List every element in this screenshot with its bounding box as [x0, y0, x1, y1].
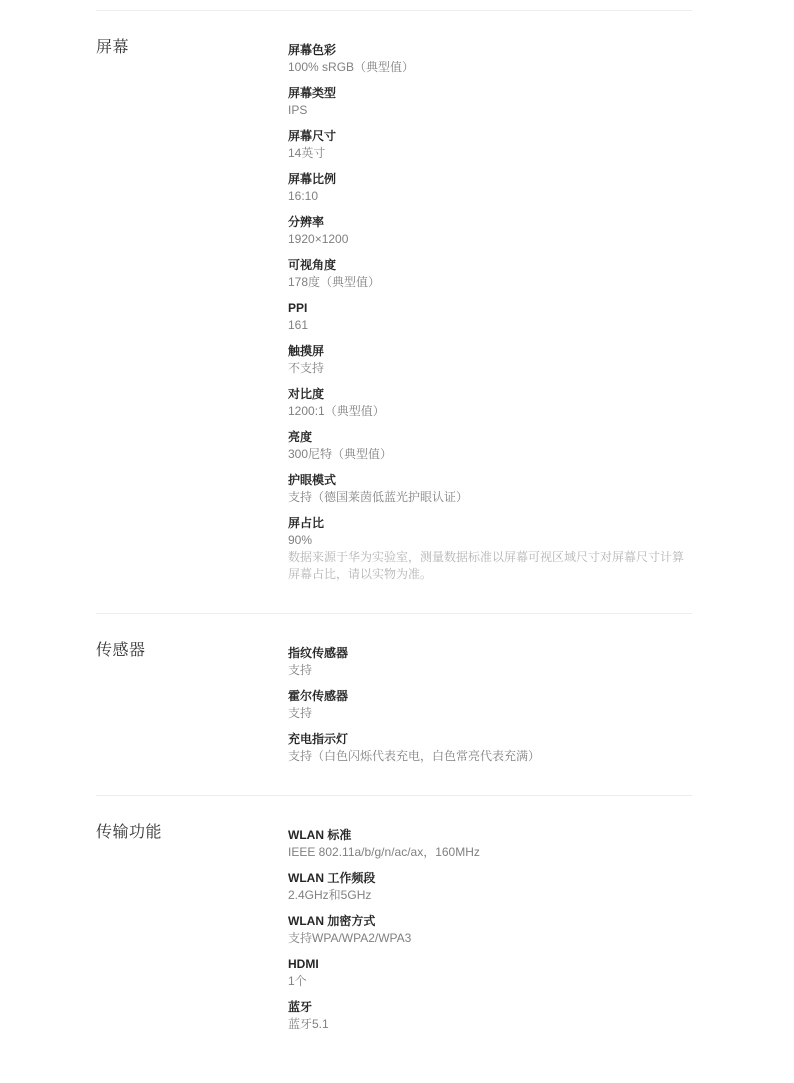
spec-item: 指纹传感器 支持 [288, 645, 692, 679]
spec-value: 178度（典型值） [288, 274, 692, 291]
spec-value: IEEE 802.11a/b/g/n/ac/ax，160MHz [288, 844, 692, 861]
spec-item: 对比度 1200:1（典型值） [288, 386, 692, 420]
spec-value: 2.4GHz和5GHz [288, 887, 692, 904]
spec-value: 支持 [288, 662, 692, 679]
spec-value: 14英寸 [288, 145, 692, 162]
spec-item: WLAN 工作频段 2.4GHz和5GHz [288, 870, 692, 904]
spec-label: 充电指示灯 [288, 731, 692, 748]
spec-page: 屏幕 屏幕色彩 100% sRGB（典型值） 屏幕类型 IPS 屏幕尺寸 14英… [0, 0, 794, 1083]
spec-section: 传输功能 WLAN 标准 IEEE 802.11a/b/g/n/ac/ax，16… [96, 795, 692, 1063]
spec-item: 可视角度 178度（典型值） [288, 257, 692, 291]
spec-item: 屏占比 90% 数据来源于华为实验室，测量数据标准以屏幕可视区域尺寸对屏幕尺寸计… [288, 515, 692, 583]
spec-label: 分辨率 [288, 214, 692, 231]
section-items: 屏幕色彩 100% sRGB（典型值） 屏幕类型 IPS 屏幕尺寸 14英寸 屏… [288, 37, 692, 583]
spec-label: 屏占比 [288, 515, 692, 532]
spec-label: 屏幕类型 [288, 85, 692, 102]
spec-item: 霍尔传感器 支持 [288, 688, 692, 722]
spec-value: 161 [288, 317, 692, 334]
spec-section: 屏幕 屏幕色彩 100% sRGB（典型值） 屏幕类型 IPS 屏幕尺寸 14英… [96, 10, 692, 613]
spec-item: 屏幕比例 16:10 [288, 171, 692, 205]
spec-value: 16:10 [288, 188, 692, 205]
spec-note: 数据来源于华为实验室，测量数据标准以屏幕可视区域尺寸对屏幕尺寸计算屏幕占比，请以… [288, 549, 692, 583]
spec-label: 可视角度 [288, 257, 692, 274]
spec-label: 屏幕色彩 [288, 42, 692, 59]
spec-item: PPI 161 [288, 300, 692, 334]
spec-item: 屏幕色彩 100% sRGB（典型值） [288, 42, 692, 76]
spec-item: 屏幕尺寸 14英寸 [288, 128, 692, 162]
spec-value: 1个 [288, 973, 692, 990]
spec-value: 1920×1200 [288, 231, 692, 248]
spec-label: WLAN 标准 [288, 827, 692, 844]
spec-label: 亮度 [288, 429, 692, 446]
spec-label: 蓝牙 [288, 999, 692, 1016]
spec-value: 支持（德国莱茵低蓝光护眼认证） [288, 489, 692, 506]
spec-value: 支持（白色闪烁代表充电，白色常亮代表充满） [288, 748, 692, 765]
spec-label: 对比度 [288, 386, 692, 403]
spec-value: 100% sRGB（典型值） [288, 59, 692, 76]
section-title: 传感器 [96, 640, 288, 765]
spec-label: WLAN 工作频段 [288, 870, 692, 887]
spec-label: 指纹传感器 [288, 645, 692, 662]
spec-item: 护眼模式 支持（德国莱茵低蓝光护眼认证） [288, 472, 692, 506]
spec-item: HDMI 1个 [288, 956, 692, 990]
spec-label: 屏幕比例 [288, 171, 692, 188]
spec-label: 屏幕尺寸 [288, 128, 692, 145]
spec-label: PPI [288, 300, 692, 317]
spec-item: 充电指示灯 支持（白色闪烁代表充电，白色常亮代表充满） [288, 731, 692, 765]
spec-item: 触摸屏 不支持 [288, 343, 692, 377]
spec-sections-container: 屏幕 屏幕色彩 100% sRGB（典型值） 屏幕类型 IPS 屏幕尺寸 14英… [96, 10, 692, 1063]
spec-item: 分辨率 1920×1200 [288, 214, 692, 248]
section-title: 屏幕 [96, 37, 288, 583]
spec-value: IPS [288, 102, 692, 119]
spec-value: 90% [288, 532, 692, 549]
spec-label: 护眼模式 [288, 472, 692, 489]
spec-item: WLAN 加密方式 支持WPA/WPA2/WPA3 [288, 913, 692, 947]
spec-value: 蓝牙5.1 [288, 1016, 692, 1033]
spec-item: WLAN 标准 IEEE 802.11a/b/g/n/ac/ax，160MHz [288, 827, 692, 861]
spec-value: 支持WPA/WPA2/WPA3 [288, 930, 692, 947]
spec-label: WLAN 加密方式 [288, 913, 692, 930]
spec-value: 1200:1（典型值） [288, 403, 692, 420]
spec-item: 亮度 300尼特（典型值） [288, 429, 692, 463]
spec-section: 传感器 指纹传感器 支持 霍尔传感器 支持 充电指示灯 支持（白色闪烁代表充电，… [96, 613, 692, 795]
spec-value: 支持 [288, 705, 692, 722]
spec-label: HDMI [288, 956, 692, 973]
spec-label: 霍尔传感器 [288, 688, 692, 705]
section-items: WLAN 标准 IEEE 802.11a/b/g/n/ac/ax，160MHz … [288, 822, 692, 1033]
spec-value: 300尼特（典型值） [288, 446, 692, 463]
spec-item: 蓝牙 蓝牙5.1 [288, 999, 692, 1033]
section-title: 传输功能 [96, 822, 288, 1033]
spec-item: 屏幕类型 IPS [288, 85, 692, 119]
spec-label: 触摸屏 [288, 343, 692, 360]
section-items: 指纹传感器 支持 霍尔传感器 支持 充电指示灯 支持（白色闪烁代表充电，白色常亮… [288, 640, 692, 765]
spec-value: 不支持 [288, 360, 692, 377]
